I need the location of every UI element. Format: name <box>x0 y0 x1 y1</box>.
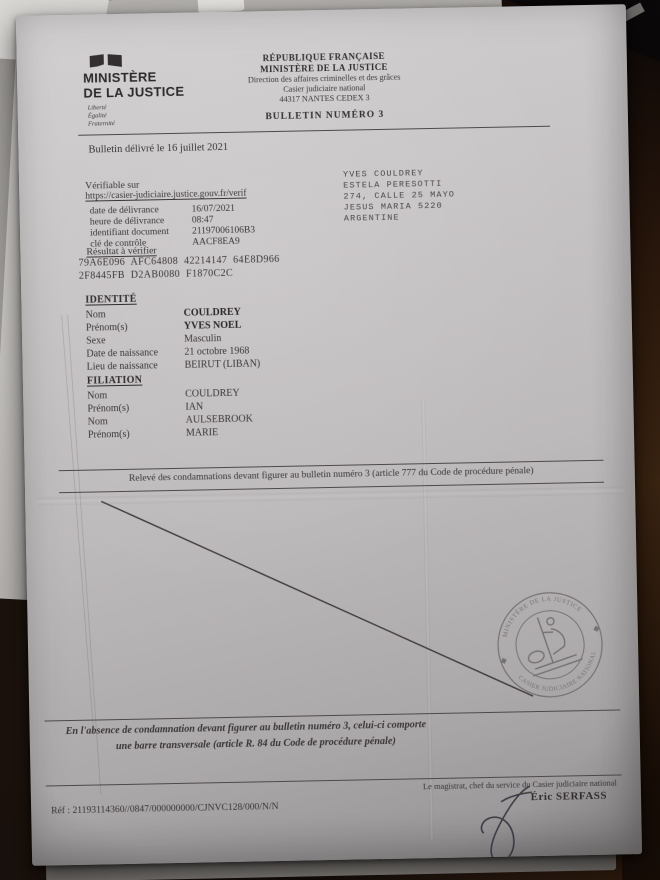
recipient-address: YVES COULDREY ESTELA PERESOTTI 274, CALL… <box>343 168 456 225</box>
filiation-section-title: FILIATION <box>87 375 143 387</box>
no-conviction-note-line2: une barre transversale (article R. 84 du… <box>116 736 396 752</box>
identity-value: 21 octobre 1968 <box>184 346 249 358</box>
page-content: MINISTÈRE DE LA JUSTICE Liberté Égalité … <box>16 4 642 866</box>
flag-block-right <box>108 54 122 67</box>
letterhead-center-block: RÉPUBLIQUE FRANÇAISE MINISTÈRE DE LA JUS… <box>199 50 450 106</box>
french-flag-logo-icon <box>90 54 126 70</box>
handwritten-signature <box>481 786 534 861</box>
official-seal: MINISTÈRE DE LA JUSTICE CASIER JUDICIAIR… <box>474 568 627 721</box>
verification-url: https://casier-judiciaire.justice.gouv.f… <box>85 189 246 202</box>
filiation-label: Prénom(s) <box>87 403 129 415</box>
flag-block-left <box>90 54 104 67</box>
filiation-label: Prénom(s) <box>88 429 130 441</box>
filiation-value: COULDREY <box>185 388 240 400</box>
filiation-value: MARIE <box>186 427 218 439</box>
identity-value: COULDREY <box>184 307 241 319</box>
filiation-value: AULSEBROOK <box>186 413 253 425</box>
magistrate-name: Éric SERFASS <box>530 790 607 803</box>
identity-value: YVES NOEL <box>184 320 242 332</box>
verif-row-label: heure de délivrance <box>90 216 165 227</box>
verif-row-value: 08:47 <box>192 215 214 225</box>
issued-date-line: Bulletin délivré le 16 juillet 2021 <box>88 142 228 156</box>
identity-label: Prénom(s) <box>86 322 128 334</box>
verif-row-label: identifiant document <box>90 227 169 239</box>
verif-row-value: 16/07/2021 <box>192 204 235 215</box>
verif-row-value: AACF8EA9 <box>192 237 240 248</box>
identity-label: Sexe <box>86 335 106 346</box>
filiation-label: Nom <box>87 390 107 401</box>
identity-label: Nom <box>86 309 106 320</box>
photo-of-document: MINISTÈRE DE LA JUSTICE Liberté Égalité … <box>0 0 660 880</box>
recipient-country: ARGENTINE <box>344 213 400 224</box>
identity-value: BEIRUT (LIBAN) <box>185 358 261 370</box>
recipient-city: JESUS MARIA 5220 <box>344 201 443 213</box>
header-divider <box>78 126 550 136</box>
filiation-label: Nom <box>88 416 108 427</box>
reference-number: Réf : 21193114360//0847/000000000/CJNVC1… <box>51 801 279 816</box>
recipient-line2: ESTELA PERESOTTI <box>343 179 442 191</box>
ministry-wordmark: MINISTÈRE DE LA JUSTICE <box>83 69 184 101</box>
transversal-bar-line <box>101 493 533 704</box>
no-conviction-note-line1: En l'absence de condamnation devant figu… <box>66 719 427 737</box>
identity-section-title: IDENTITÉ <box>85 294 137 306</box>
republic-motto: Liberté Égalité Fraternité <box>88 104 115 129</box>
verif-row-label: date de délivrance <box>90 205 159 216</box>
filiation-value: IAN <box>185 401 203 412</box>
under-sheet-edge-lines <box>62 315 101 795</box>
seal-graphic: MINISTÈRE DE LA JUSTICE CASIER JUDICIAIR… <box>474 568 627 721</box>
seal-allegory-figure <box>516 608 583 676</box>
identity-label: Date de naissance <box>86 347 158 359</box>
bulletin-document-page: MINISTÈRE DE LA JUSTICE Liberté Égalité … <box>16 4 642 866</box>
identity-label: Lieu de naissance <box>87 360 158 372</box>
convictions-header: Relevé des condamnations devant figurer … <box>59 464 604 485</box>
recipient-name: YVES COULDREY <box>343 168 424 180</box>
verification-hash-line2: 2F8445FB D2AB0080 F1870C2C <box>79 268 233 282</box>
motto-fraternite: Fraternité <box>88 120 115 129</box>
ministry-line2: DE LA JUSTICE <box>83 84 184 101</box>
bulletin-title: BULLETIN NUMÉRO 3 <box>200 109 450 124</box>
identity-value: Masculin <box>184 333 221 345</box>
verif-row-value: 21197006106B3 <box>192 225 255 236</box>
note-rule-top <box>44 709 620 721</box>
